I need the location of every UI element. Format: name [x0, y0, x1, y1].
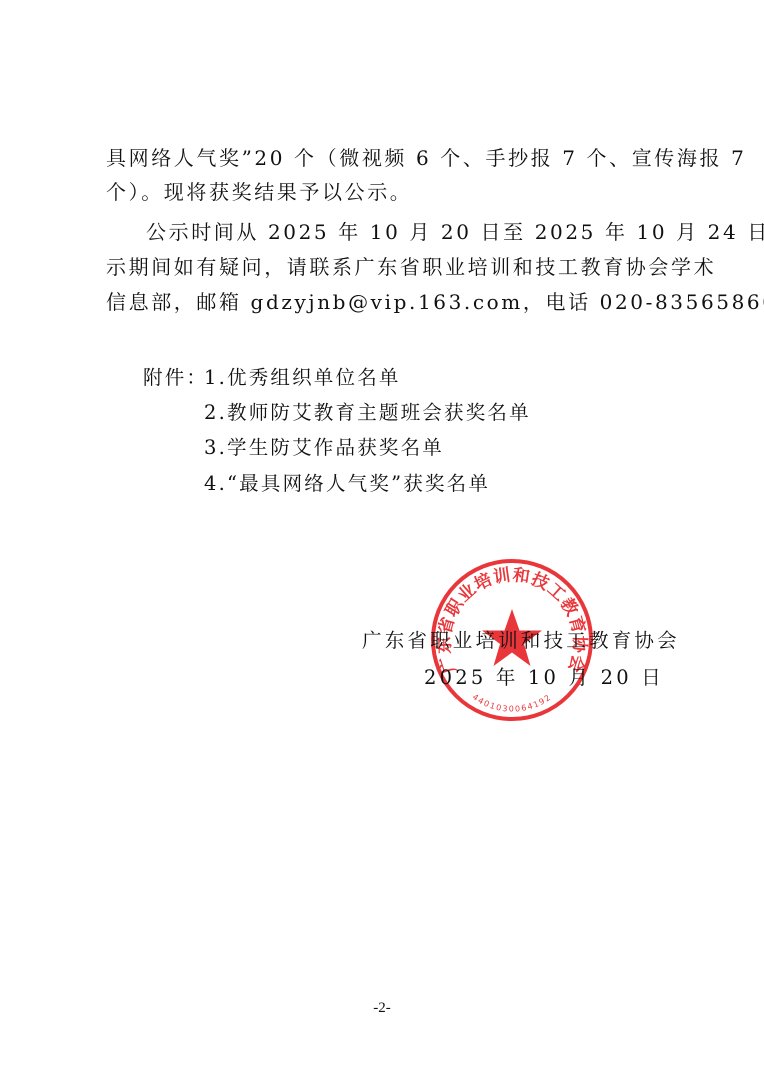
text-line: 公示时间从 2025 年 10 月 20 日至 2025 年 10 月 24 日…	[146, 220, 764, 244]
attachment-item: 4.“最具网络人气奖”获奖名单	[204, 472, 490, 496]
attachment-item: 3.学生防艾作品获奖名单	[204, 436, 444, 460]
text-line: 示期间如有疑问，请联系广东省职业培训和技工教育协会学术	[106, 255, 716, 279]
signing-date: 2025 年 10 月 20 日	[424, 666, 664, 690]
document-page: 具网络人气奖”20 个（微视频 6 个、手抄报 7 个、宣传海报 7 个）。现将…	[0, 0, 764, 1080]
seal-code: 4401030064192	[471, 692, 554, 713]
attachment-item: 1.优秀组织单位名单	[204, 366, 401, 390]
signing-organization: 广东省职业培训和技工教育协会	[362, 629, 680, 653]
attachment-item: 2.教师防艾教育主题班会获奖名单	[204, 401, 531, 425]
page-number: -2-	[0, 1000, 764, 1017]
text-line: 个）。现将获奖结果予以公示。	[106, 180, 412, 204]
text-line: 具网络人气奖”20 个（微视频 6 个、手抄报 7 个、宣传海报 7	[106, 146, 746, 170]
attachments-label: 附件：	[143, 366, 208, 390]
svg-text:4401030064192: 4401030064192	[471, 692, 554, 713]
text-line: 信息部，邮箱 gdzyjnb@vip.163.com，电话 020-835658…	[106, 290, 764, 314]
